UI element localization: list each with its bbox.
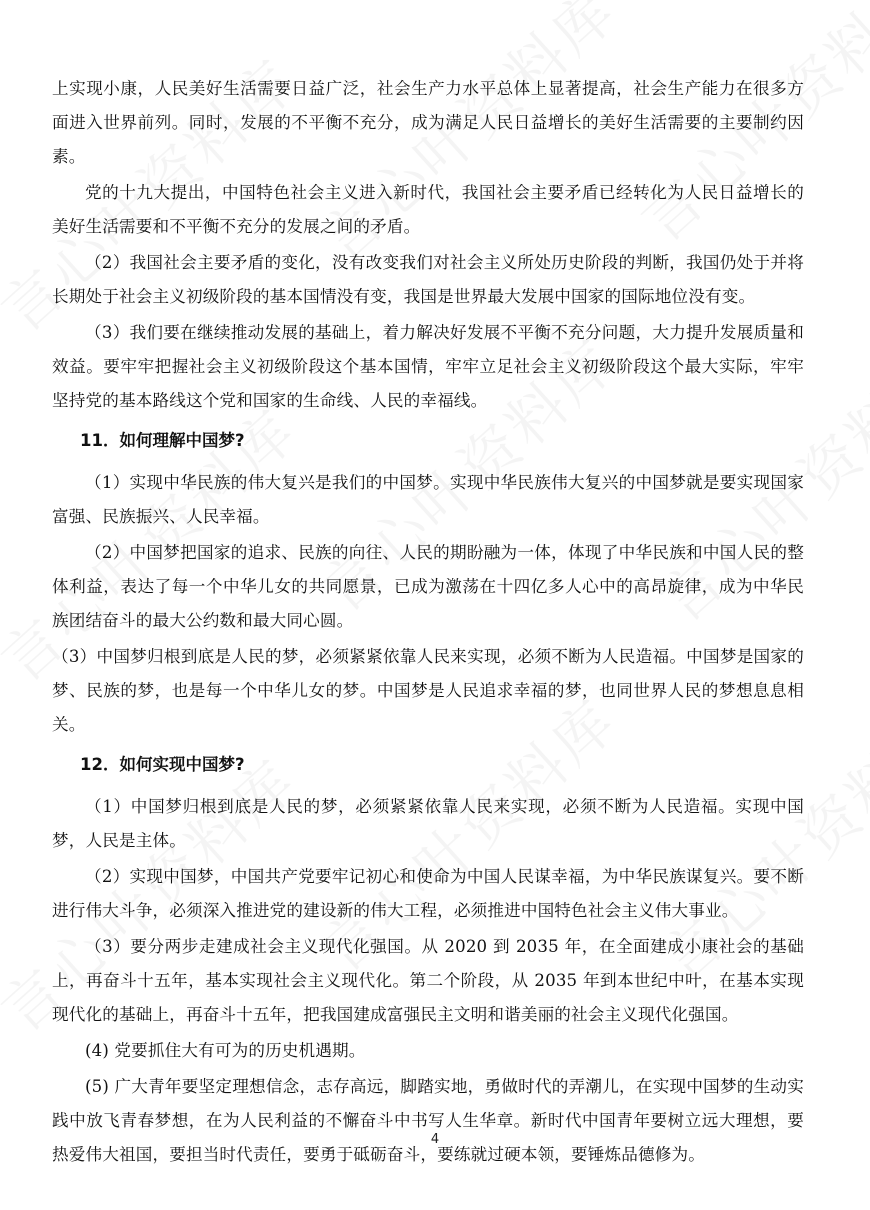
paragraph: (4) 党要抓住大有可为的历史机遇期。: [52, 1034, 804, 1068]
section-heading: 12．如何实现中国梦?: [80, 748, 804, 782]
paragraph: 上实现小康，人民美好生活需要日益广泛，社会生产力水平总体上显著提高，社会生产能力…: [52, 72, 804, 174]
paragraph: （2）中国梦把国家的追求、民族的向往、人民的期盼融为一体，体现了中华民族和中国人…: [52, 536, 804, 638]
paragraph: （2）我国社会主要矛盾的变化，没有改变我们对社会主义所处历史阶段的判断，我国仍处…: [52, 246, 804, 314]
paragraph: （2）实现中国梦，中国共产党要牢记初心和使命为中国人民谋幸福，为中华民族谋复兴。…: [52, 860, 804, 928]
paragraph: （3）我们要在继续推动发展的基础上，着力解决好发展不平衡不充分问题，大力提升发展…: [52, 316, 804, 418]
paragraph: 党的十九大提出，中国特色社会主义进入新时代，我国社会主要矛盾已经转化为人民日益增…: [52, 176, 804, 244]
document-page: 上实现小康，人民美好生活需要日益广泛，社会生产力水平总体上显著提高，社会生产能力…: [52, 72, 804, 1174]
paragraph: （3）要分两步走建成社会主义现代化强国。从 2020 到 2035 年，在全面建…: [52, 930, 804, 1032]
paragraph: (5) 广大青年要坚定理想信念，志存高远，脚踏实地，勇做时代的弄潮儿，在实现中国…: [52, 1070, 804, 1172]
page-number: 4: [0, 1132, 870, 1147]
section-heading: 11．如何理解中国梦?: [80, 424, 804, 458]
paragraph: （1）中国梦归根到底是人民的梦，必须紧紧依靠人民来实现，必须不断为人民造福。实现…: [52, 790, 804, 858]
paragraph: （3）中国梦归根到底是人民的梦，必须紧紧依靠人民来实现，必须不断为人民造福。中国…: [52, 640, 804, 742]
paragraph: （1）实现中华民族的伟大复兴是我们的中国梦。实现中华民族伟大复兴的中国梦就是要实…: [52, 466, 804, 534]
